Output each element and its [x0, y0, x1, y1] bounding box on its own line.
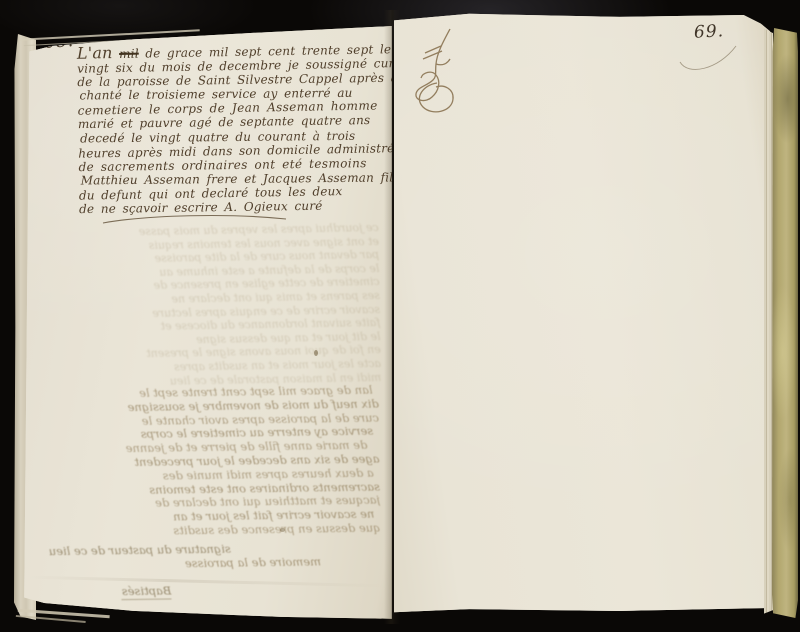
ink-bleedthrough-strong: lan de grace mil sept cent trente sept l…	[27, 384, 382, 603]
fore-edge-page-stack	[764, 26, 773, 616]
entry-line1-opening: L'an	[77, 43, 113, 63]
right-folio-number: 69.	[693, 21, 724, 43]
left-page: 68. L'an mil de grace mil sept cent tren…	[22, 20, 392, 626]
ink-speck	[280, 528, 285, 532]
manuscript-photo: 68. L'an mil de grace mil sept cent tren…	[0, 0, 800, 632]
ink-speck	[314, 350, 318, 356]
burial-entry-text: L'an mil de grace mil sept cent trente s…	[77, 42, 387, 216]
vellum-cover-edge	[772, 28, 798, 618]
notarial-paraph-flourish	[406, 26, 466, 118]
struck-out-word: mil	[119, 47, 139, 61]
bleedthrough-line: Baptisés	[122, 585, 172, 600]
entry-lines: vingt six du mois de decembre je soussig…	[77, 57, 387, 216]
ink-bleedthrough-faint: ce jourdhui apres les vepres du mois pas…	[27, 221, 382, 395]
right-page: 69.	[394, 12, 770, 614]
folio-number-swash	[678, 44, 742, 78]
